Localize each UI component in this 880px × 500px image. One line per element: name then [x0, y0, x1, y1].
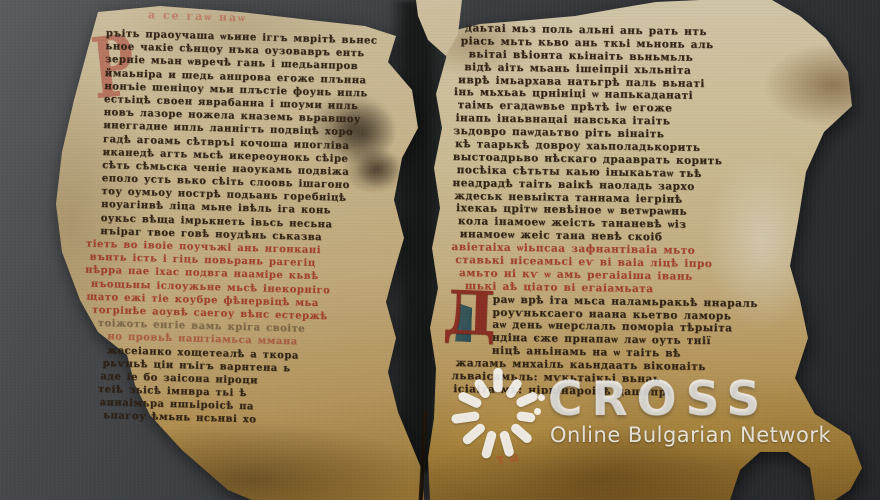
right-page-text: даьтаі мьз поль альні ань рать нтьріась …	[449, 22, 800, 401]
manuscript-photo: а се гаѡ наѡ Р ръіть праоучаша ѡьине ігг…	[0, 0, 880, 500]
left-page-text: ръіть праоучаша ѡьине іггъ мврітѣ вьнесь…	[95, 28, 406, 432]
